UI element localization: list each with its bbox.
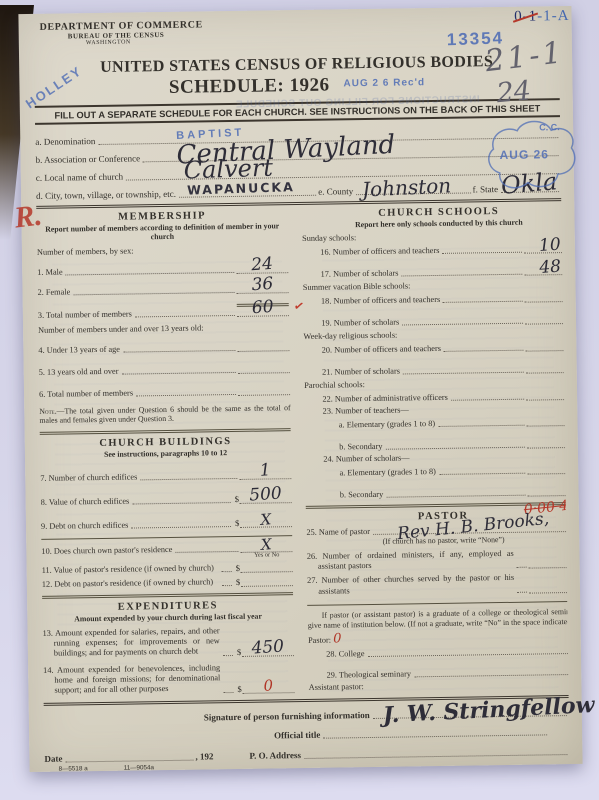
question-label: 11. Value of pastor's residence (if owne… [42,563,219,576]
question-row-12: 12. Debt on pastor's residence (if owned… [42,576,293,590]
dotted-leader [135,315,235,317]
field-label: d. City, town, village, or township, etc… [36,189,176,201]
dotted-leader [444,350,524,352]
group-label: Sunday schools: [302,230,569,243]
dotted-leader [123,350,236,353]
dotted-leader [222,585,232,586]
dotted-leader [368,653,569,657]
answer-tail: $450 [220,646,294,657]
answer-line [526,363,569,374]
question-row-11: 11. Value of pastor's residence (if owne… [42,562,293,576]
question-row-14: 14. Amount expended for benevolences, in… [43,662,295,697]
dotted-leader [402,274,523,277]
answer-tail: $ [219,576,293,587]
question-row-2: 2. Female 36 [37,283,288,297]
dotted-line [323,734,547,738]
dotted-leader [451,399,525,401]
answer-line [241,562,293,573]
question-label: 19. Number of scholars [321,318,399,328]
spacer [214,761,250,762]
question-row-21: 21. Number of scholars [304,363,569,377]
question-label: 29. Theological seminary [326,670,411,680]
church-name-value: Calvert [184,156,274,183]
dotted-leader [223,655,233,656]
question-row-16: 16. Number of officers and teachers 10 [302,243,568,257]
pastor-answer-row: Pastor: 0 [308,629,569,646]
date-label: Date [44,754,62,764]
answer-line: 1 [239,469,291,480]
question-row-10: 10. Does church own pastor's residence X… [41,542,292,556]
answer-line: 24 [236,263,288,274]
question-label: 3. Total number of members [38,309,132,319]
dollar-sign: $ [235,493,239,503]
answer-tail: $ [219,562,293,573]
classification-code: 0-1-1-A [514,8,570,26]
dotted-leader [175,550,238,552]
handwritten-value: 450 [251,640,284,657]
question-label: 22. Number of administrative officers [322,393,448,404]
handwritten-value: 1 [260,463,272,479]
question-row-28: 28. College [308,646,568,659]
date-suffix: , 192 [195,751,213,761]
section-subtitle: Report number of members according to de… [37,221,289,243]
dotted-leader [386,447,526,450]
question-label: 26. Number of ordained ministers, if any… [307,549,514,573]
handwritten-value: 48 [539,260,562,277]
dotted-leader [442,252,522,254]
rule [41,535,292,540]
dotted-leader [140,477,237,479]
form-number-2: 11—9054a [124,764,154,771]
schedule-title: SCHEDULE: 1926 [169,75,330,98]
pastor-label: Pastor: [308,636,331,645]
answer-line: X [240,517,292,528]
answer-tail [514,583,568,594]
handwritten-value: 36 [251,277,274,294]
question-label: b. Secondary [339,442,382,452]
dollar-sign: $ [237,684,241,694]
question-row-27: 27. Number of other churches served by t… [307,572,568,597]
question-row-4: 4. Under 13 years of age [38,341,289,355]
signature-row: Signature of person furnishing informati… [44,707,569,725]
question-label: 7. Number of church edifices [40,472,137,482]
dotted-leader [136,394,236,396]
question-label: 12. Debt on pastor's residence (if owned… [42,577,219,590]
answer-line: 10 [524,243,568,254]
question-label-23: 23. Number of teachers— [305,403,569,416]
answer-line [525,292,569,303]
footer-section: Signature of person furnishing informati… [44,695,570,773]
group-label: Week-day religious schools: [303,328,568,341]
dollar-sign: $ [236,577,240,587]
handwritten-value: X [261,538,273,552]
question-label: 16. Number of officers and teachers [320,246,439,257]
question-row-19: 19. Number of scholars [303,314,568,328]
form-content: INSTRUCTIONS FOR FILLING OUT SCHEDULE 13… [18,6,582,772]
answer-line: 36 [237,283,289,294]
question-row-5: 5. 13 years old and over [39,363,290,377]
dotted-leader [438,425,525,427]
question-label: 21. Number of scholars [322,367,400,377]
handwritten-value: X [260,513,272,527]
answer-line [526,341,569,352]
pastor-section: 0·00 4/4 PASTOR 25. Name of pastor Rev H… [306,509,568,701]
handwritten-value: 0 [263,679,273,693]
dotted-leader [222,571,232,572]
dotted-leader [131,526,231,528]
answer-line [527,464,568,475]
group-label: Number of members under and over 13 year… [38,322,289,335]
city-value: WAPANUCKA [187,179,295,197]
answer-line [529,583,568,594]
dotted-leader [517,567,527,568]
field-label: e. County [318,186,353,197]
membership-note: Note.—The total given under Question 6 s… [39,403,291,426]
answer-line: 48 [524,265,568,276]
answer-line [241,576,293,587]
form-columns: MEMBERSHIP Report number of members acco… [36,198,568,701]
question-label: 4. Under 13 years of age [38,344,120,354]
question-label: 17. Number of scholars [321,269,399,279]
question-label: 10. Does church own pastor's residence [41,544,172,555]
photo-background: INSTRUCTIONS FOR FILLING OUT SCHEDULE 13… [0,0,599,800]
dotted-line [66,760,194,763]
dotted-line: J. W. Stringfellow [373,715,567,719]
census-form-paper: INSTRUCTIONS FOR FILLING OUT SCHEDULE 13… [18,6,582,772]
question-row-13: 13. Amount expended for salaries, repair… [43,625,295,660]
question-row-20: 20. Number of officers and teachers [304,341,569,355]
handwritten-value: 24 [251,257,274,274]
question-row-23b: b. Secondary [305,438,568,452]
dollar-sign: $ [237,647,241,657]
note-head: Note. [39,406,56,415]
handwritten-value: 10 [539,238,562,255]
dollar-sign: $ [236,563,240,573]
question-label: 9. Debt on church edifices [41,520,128,530]
dotted-leader [66,272,235,276]
handwritten-value: 60 [252,300,275,317]
county-value: Johnston [362,175,452,199]
section-divider [40,428,291,435]
question-label: 14. Amount expended for benevolences, in… [43,663,220,697]
question-row-23a: a. Elementary (grades 1 to 8) [305,416,569,430]
question-label: 6. Total number of members [39,388,133,398]
expenditures-section: EXPENDITURES Amount expended by your chu… [42,599,295,700]
church-buildings-section: CHURCH BUILDINGS See instructions, parag… [40,435,294,590]
dotted-leader [132,502,231,504]
received-stamp: AUG 2 6 Rec'd [343,77,425,89]
question-label: 2. Female [37,287,70,296]
dotted-line: Johnston [356,192,470,195]
pencil-annotation-2: 24 [495,77,532,107]
signature-value: J. W. Stringfellow [382,694,595,727]
answer-line [528,486,569,497]
question-label-24: 24. Number of scholars— [305,451,568,464]
handwritten-value: 500 [249,487,282,504]
answer-tail [514,558,569,569]
dotted-leader [403,372,524,375]
church-schools-section: CHURCH SCHOOLS Report here only schools … [302,205,569,500]
graduate-note: If pastor (or assistant pastor) is a gra… [308,607,569,630]
dotted-line: WAPANUCKA [179,195,316,198]
right-column: CHURCH SCHOOLS Report here only schools … [295,201,569,697]
dotted-leader [402,323,523,326]
answer-line [525,314,568,325]
dotted-leader [517,592,527,593]
question-label: 28. College [326,649,364,659]
handwritten-red-value: 0 [333,632,342,647]
question-row-26: 26. Number of ordained ministers, if any… [307,548,569,573]
question-label: 5. 13 years old and over [39,366,119,376]
question-label: a. Elementary (grades 1 to 8) [339,467,435,477]
answer-line: 500 [240,493,292,504]
answer-line: 60✓ [237,303,289,317]
dotted-leader [439,473,526,475]
left-column: MEMBERSHIP Report number of members acco… [36,205,302,701]
answer-line: XYes or No [241,542,293,553]
group-label: Summer vacation Bible schools: [303,279,569,292]
identification-fields: a. Denomination BAPTIST b. Association o… [35,121,561,201]
answer-line [238,341,290,352]
question-row-7: 7. Number of church edifices 1 [40,469,291,483]
official-title-label: Official title [274,730,320,741]
official-title-row: Official title [44,726,569,744]
code-light-part: -1-A [537,8,570,24]
answer-line [238,363,290,374]
dotted-leader [73,292,235,295]
answer-line: 450 [242,646,294,657]
group-label: Parochial schools: [304,377,568,390]
rule [308,601,569,606]
membership-section: MEMBERSHIP Report number of members acco… [36,209,290,426]
question-label: 25. Name of pastor [306,527,370,537]
question-label: a. Elementary (grades 1 to 8) [339,419,435,429]
answer-line [238,385,290,396]
question-row-17: 17. Number of scholars 48 [303,265,569,279]
question-row-18: 18. Number of officers and teachers [303,292,569,306]
note-body: —The total given under Question 6 should… [39,403,290,425]
question-row-8: 8. Value of church edifices $ 500 [41,493,292,507]
assistant-pastor-label: Assistant pastor: [309,679,569,692]
section-divider [42,592,293,599]
question-label: 27. Number of other churches served by t… [307,573,514,597]
po-address-label: P. O. Address [249,750,301,761]
instruction-banner: FILL OUT A SEPARATE SCHEDULE FOR EACH CH… [35,98,560,125]
question-label: 13. Amount expended for salaries, repair… [43,626,220,660]
cc-stamp-cloud-icon: C. C. AUG 26 [483,110,580,199]
cc-stamp-text: C. C. [539,122,560,132]
red-margin-annotation: R. [12,199,43,236]
aug26-stamp-text: AUG 26 [499,147,549,162]
dollar-sign: $ [235,517,239,527]
answer-line: 0 [243,683,295,694]
answer-tail: $0 [220,683,294,694]
answer-line [526,390,568,401]
answer-line [527,438,568,449]
question-row-22: 22. Number of administrative officers [304,390,568,404]
dotted-leader [386,495,526,498]
dotted-leader [224,692,234,693]
question-row-24a: a. Elementary (grades 1 to 8) [305,464,568,478]
dotted-leader [414,674,569,677]
signature-label: Signature of person furnishing informati… [204,710,370,722]
question-row-3: 3. Total number of members 60✓ [38,303,289,320]
question-label: b. Secondary [340,490,383,500]
form-number-1: 8—5518 a [59,765,88,772]
dotted-leader [443,301,523,303]
question-label: 8. Value of church edifices [41,496,130,506]
answer-line [527,416,569,427]
question-label: 18. Number of officers and teachers [321,295,440,306]
question-label: 1. Male [37,267,62,276]
question-label: 20. Number of officers and teachers [322,344,441,355]
question-row-24b: b. Secondary [306,486,569,500]
question-row-9: 9. Debt on church edifices $ X [41,517,292,531]
dotted-leader [121,372,236,375]
question-row-6: 6. Total number of members [39,385,290,399]
question-row-29: 29. Theological seminary [308,667,568,680]
answer-line [529,558,569,569]
